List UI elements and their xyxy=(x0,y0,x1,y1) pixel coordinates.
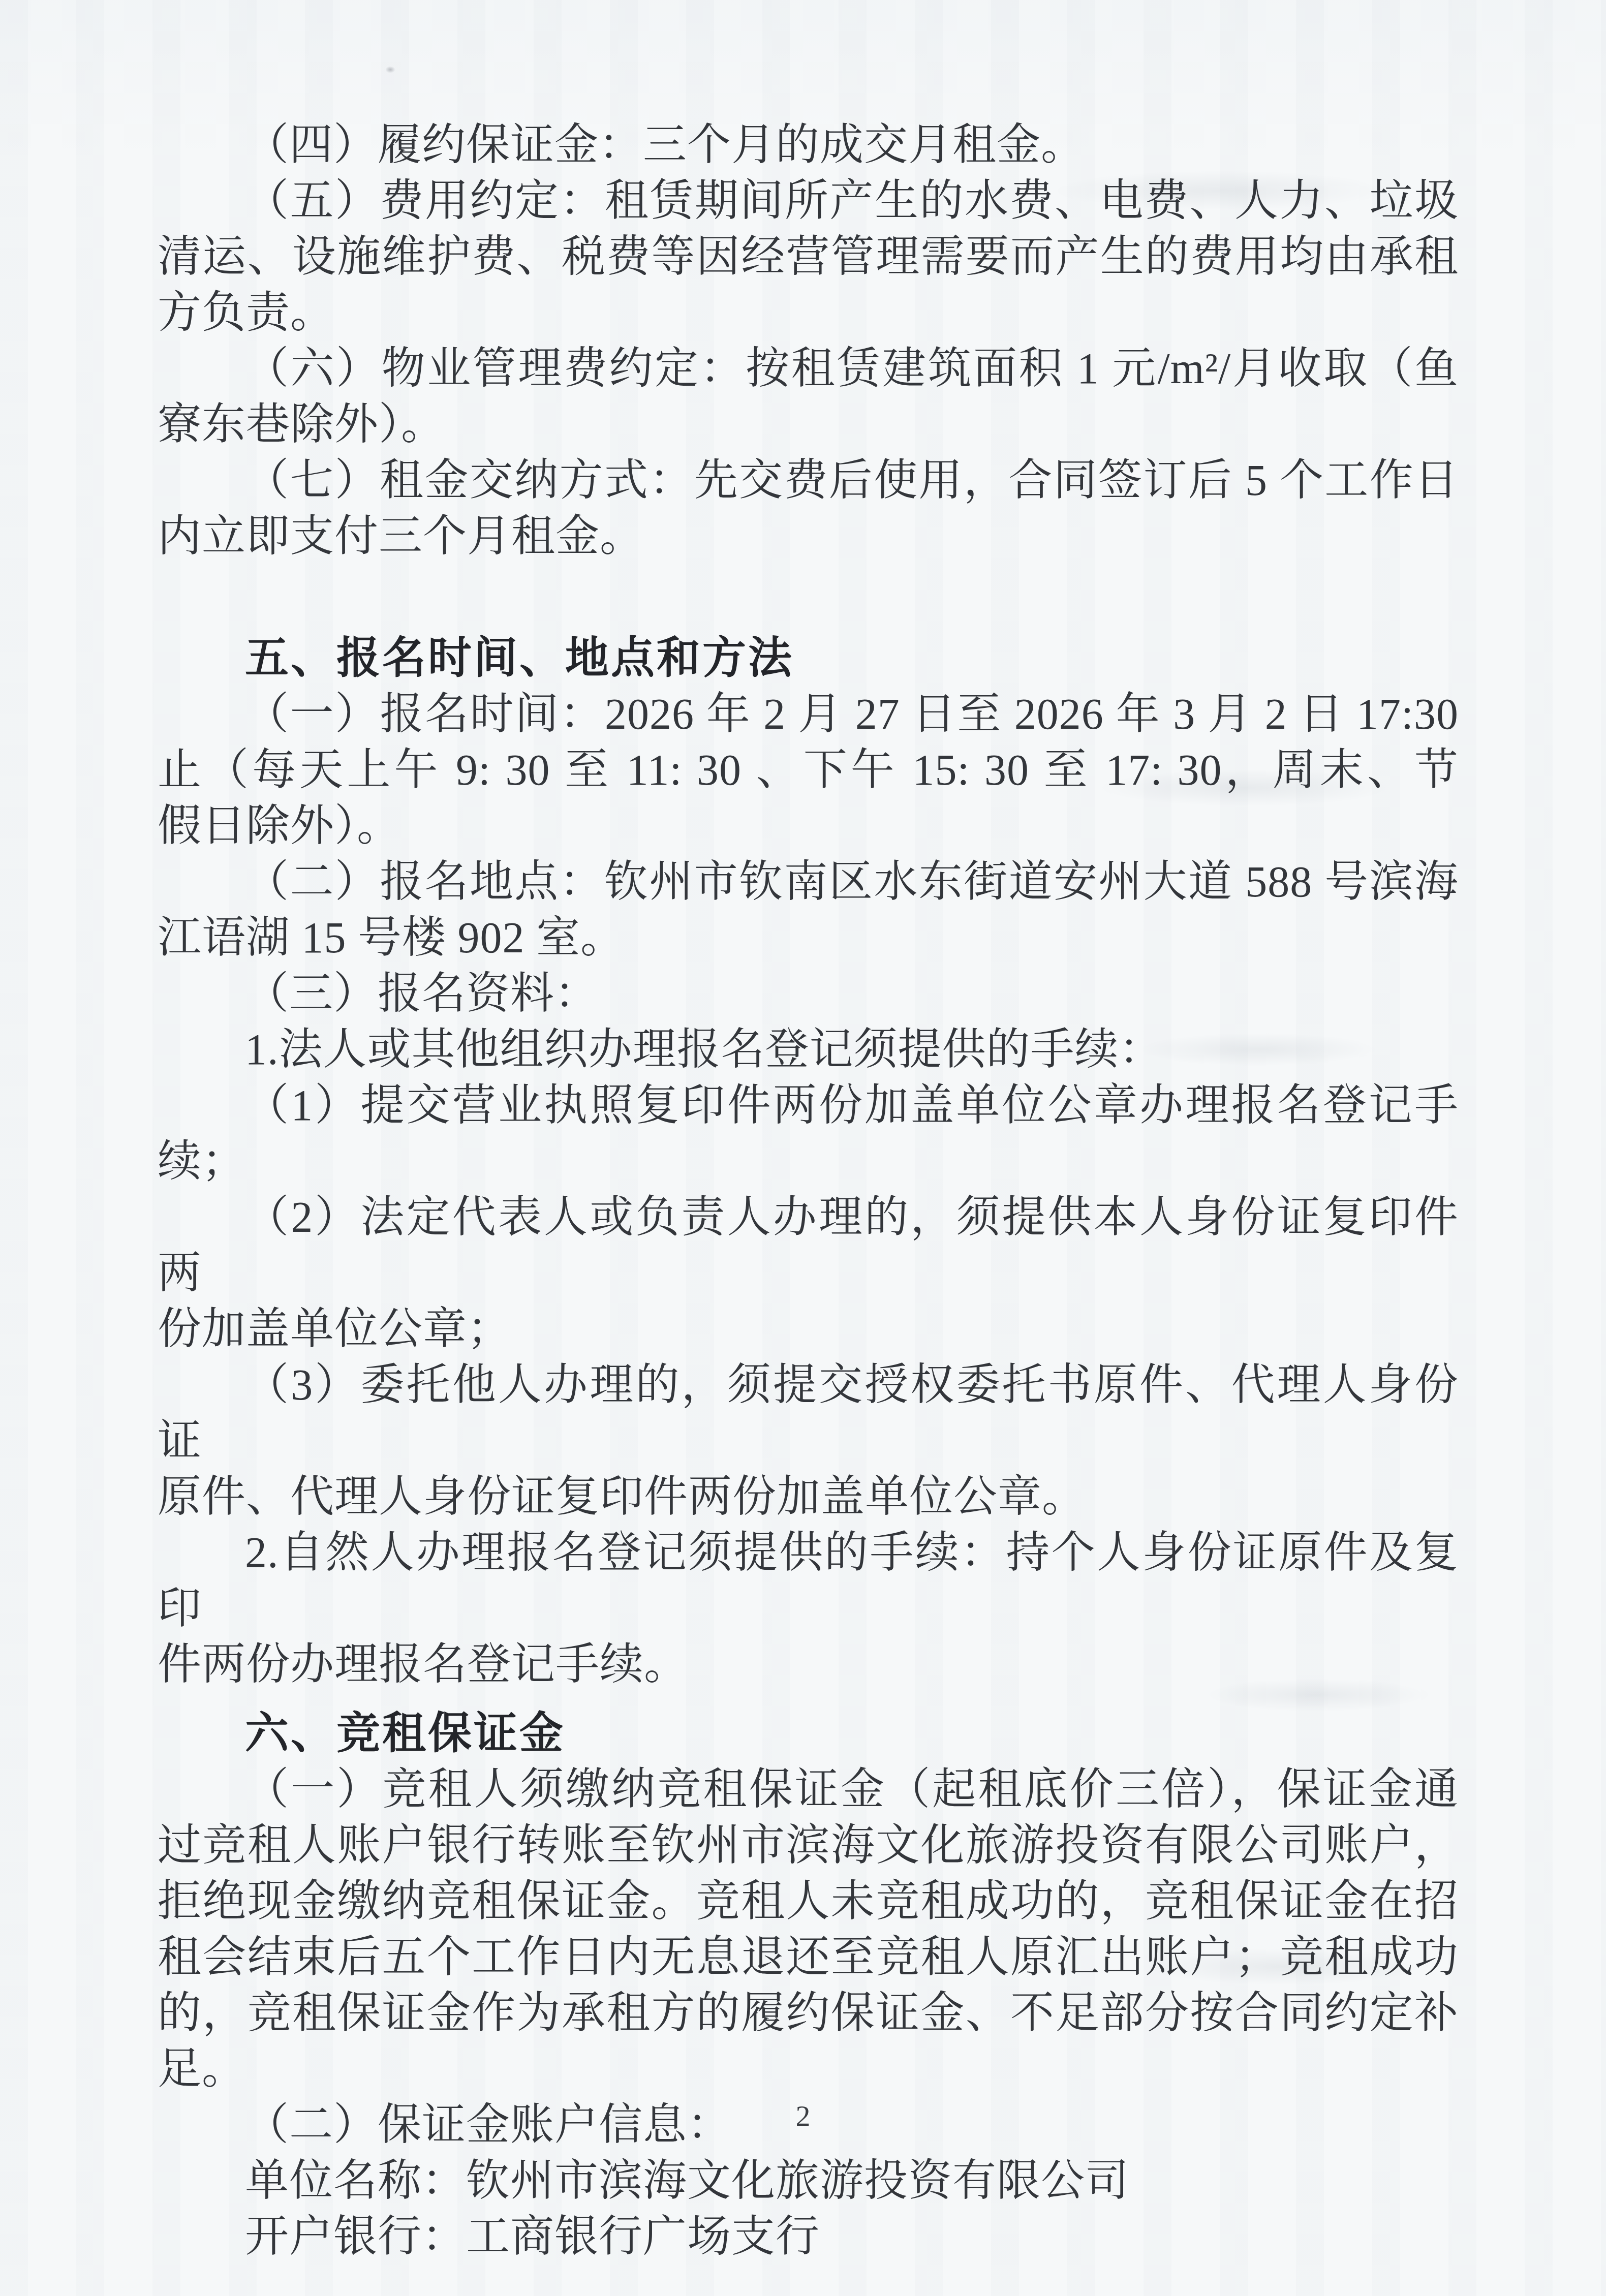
text-line: 足。 xyxy=(158,2041,1459,2097)
text-line: （3）委托他人办理的，须提交授权委托书原件、代理人身份证 xyxy=(158,1357,1459,1469)
text-line: 寮东巷除外）。 xyxy=(158,396,1459,452)
text-line: 原件、代理人身份证复印件两份加盖单位公章。 xyxy=(158,1469,1459,1525)
text-line: 件两份办理报名登记手续。 xyxy=(158,1636,1459,1692)
section-heading-5: 五、报名时间、地点和方法 xyxy=(158,630,1459,686)
text-line: （三）报名资料： xyxy=(158,966,1459,1021)
text-line: 江语湖 15 号楼 902 室。 xyxy=(158,910,1459,966)
text-line: 拒绝现金缴纳竞租保证金。竞租人未竞租成功的，竞租保证金在招 xyxy=(158,1873,1459,1929)
document-body: （四）履约保证金：三个月的成交月租金。 （五）费用约定：租赁期间所产生的水费、电… xyxy=(158,117,1459,2264)
text-line: 内立即支付三个月租金。 xyxy=(158,508,1459,564)
section-heading-6: 六、竞租保证金 xyxy=(158,1705,1459,1761)
text-line: （四）履约保证金：三个月的成交月租金。 xyxy=(158,117,1459,173)
text-line: （2）法定代表人或负责人办理的，须提供本人身份证复印件两 xyxy=(158,1189,1459,1301)
scan-speck-artifact xyxy=(384,65,397,74)
text-line: 租会结束后五个工作日内无息退还至竞租人原汇出账户；竞租成功 xyxy=(158,1929,1459,1985)
blank-line xyxy=(158,564,1459,630)
text-line: （一）报名时间：2026 年 2 月 27 日至 2026 年 3 月 2 日 … xyxy=(158,686,1459,742)
text-line: 单位名称：钦州市滨海文化旅游投资有限公司 xyxy=(158,2153,1459,2209)
text-line: 清运、设施维护费、税费等因经营管理需要而产生的费用均由承租 xyxy=(158,229,1459,285)
text-line: 1.法人或其他组织办理报名登记须提供的手续： xyxy=(158,1021,1459,1077)
text-line: 的，竞租保证金作为承租方的履约保证金、不足部分按合同约定补 xyxy=(158,1985,1459,2041)
text-line: 止（每天上午 9: 30 至 11: 30 、下午 15: 30 至 17: 3… xyxy=(158,742,1459,798)
text-line: 方负责。 xyxy=(158,285,1459,340)
text-line: （二）报名地点：钦州市钦南区水东街道安州大道 588 号滨海 xyxy=(158,854,1459,910)
text-line: （七）租金交纳方式：先交费后使用，合同签订后 5 个工作日 xyxy=(158,452,1459,508)
text-line: 过竞租人账户银行转账至钦州市滨海文化旅游投资有限公司账户， xyxy=(158,1817,1459,1873)
text-line: 续； xyxy=(158,1133,1459,1189)
text-line: 假日除外）。 xyxy=(158,798,1459,854)
text-line: （六）物业管理费约定：按租赁建筑面积 1 元/m²/月收取（鱼 xyxy=(158,340,1459,396)
text-line: （1）提交营业执照复印件两份加盖单位公章办理报名登记手 xyxy=(158,1077,1459,1133)
text-line: 份加盖单位公章； xyxy=(158,1301,1459,1357)
text-line: （一）竞租人须缴纳竞租保证金（起租底价三倍），保证金通 xyxy=(158,1761,1459,1817)
page-number: 2 xyxy=(0,2099,1606,2133)
text-line: 2.自然人办理报名登记须提供的手续：持个人身份证原件及复印 xyxy=(158,1525,1459,1636)
text-line: （五）费用约定：租赁期间所产生的水费、电费、人力、垃圾 xyxy=(158,173,1459,229)
text-line: 开户银行：工商银行广场支行 xyxy=(158,2209,1459,2264)
scanned-document-page: （四）履约保证金：三个月的成交月租金。 （五）费用约定：租赁期间所产生的水费、电… xyxy=(0,0,1606,2296)
